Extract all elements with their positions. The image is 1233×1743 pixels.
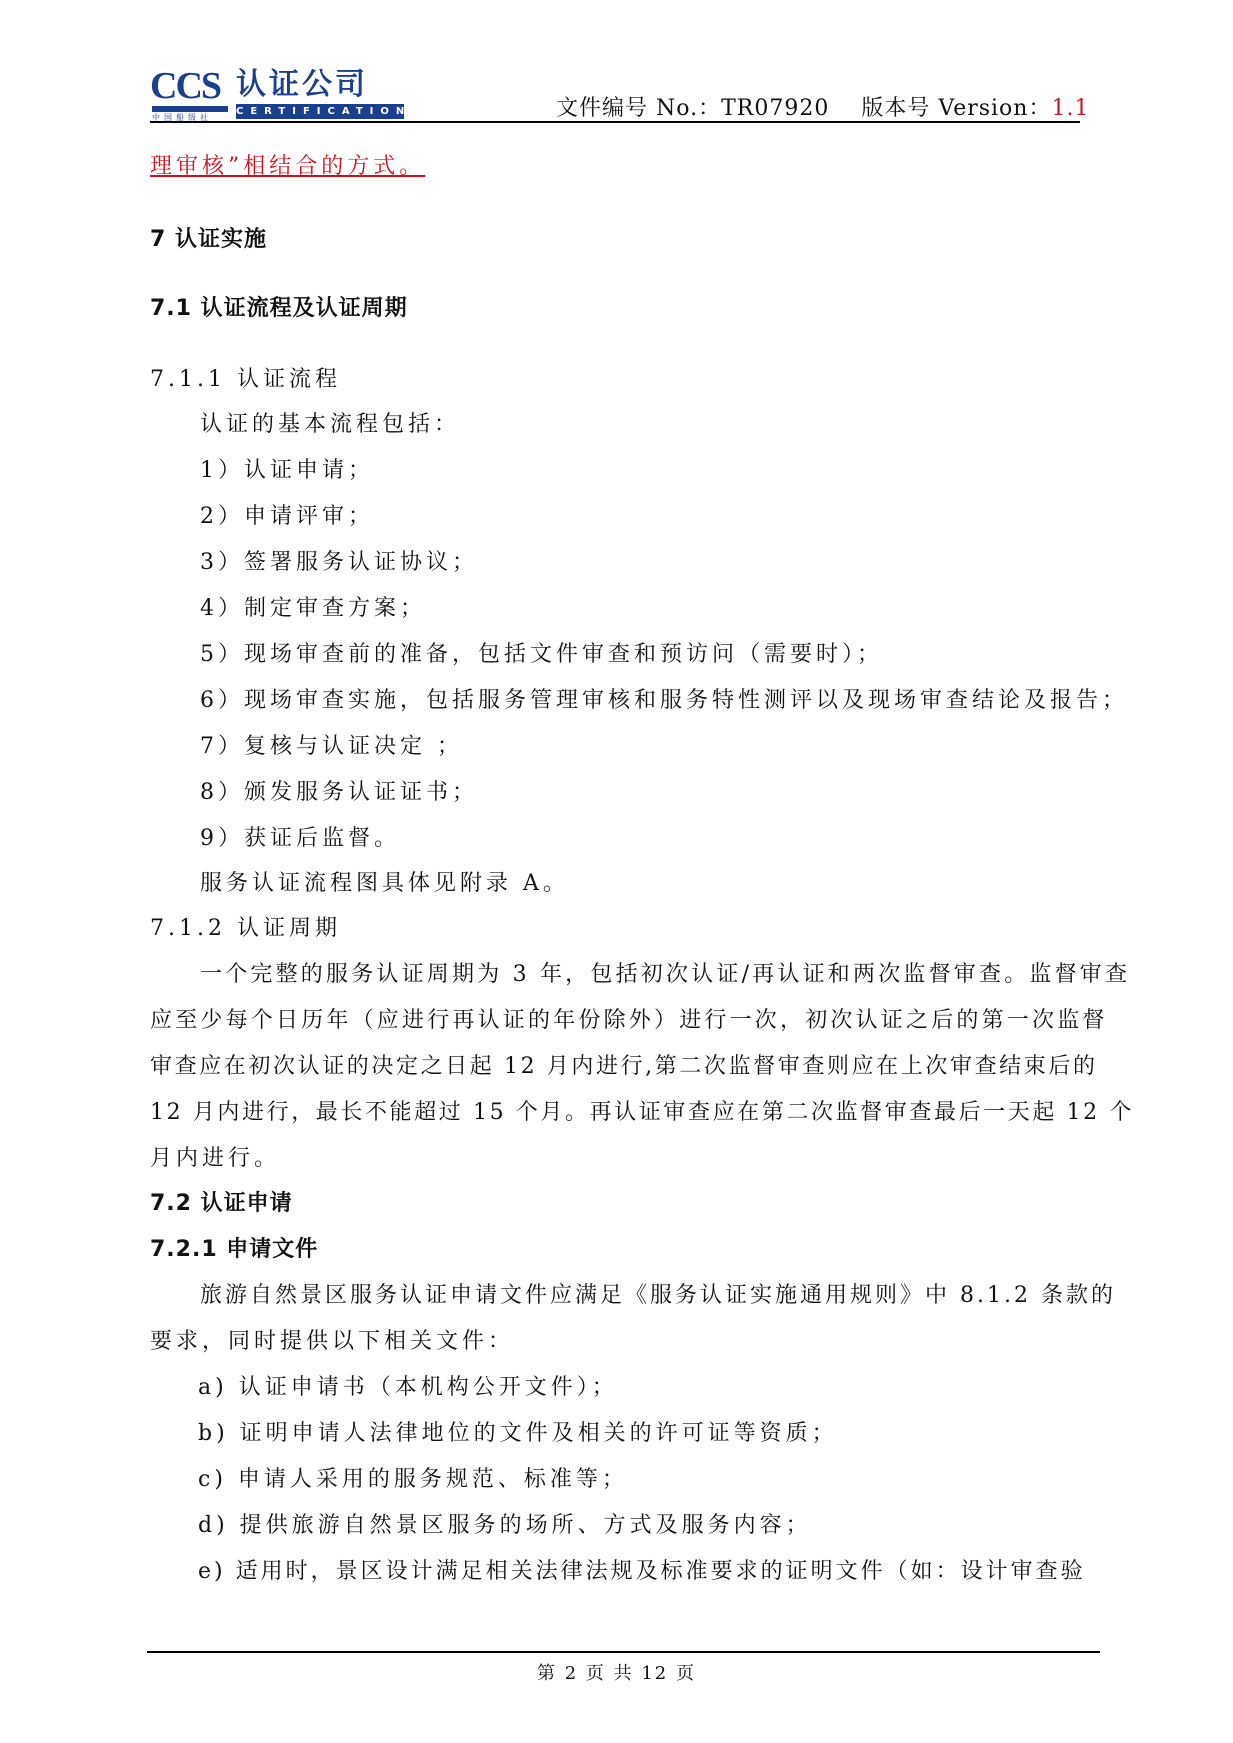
heading-7-1-1: 7.1.1 认证流程 (150, 362, 341, 393)
flow-step: 6）现场审查实施，包括服务管理审核和服务特性测评以及现场审查结论及报告； (200, 683, 1128, 714)
flow-step: 2）申请评审； (200, 499, 374, 530)
flow-step: 7）复核与认证决定 ； (200, 729, 463, 760)
footer-rule (147, 1651, 1100, 1653)
apply-item: c) 申请人采用的服务规范、标准等； (198, 1462, 628, 1493)
flow-step: 1）认证申请； (200, 453, 374, 484)
heading-7-1: 7.1 认证流程及认证周期 (150, 291, 408, 322)
version-value: 1.1 (1051, 96, 1089, 121)
apply-item-mark: b) (198, 1421, 229, 1446)
heading-7-1-2: 7.1.2 认证周期 (150, 911, 341, 942)
cycle-paragraph-line: 月内进行。 (150, 1141, 280, 1172)
apply-item: e) 适用时，景区设计满足相关法律法规及标准要求的证明文件（如：设计审查验 (198, 1554, 1086, 1585)
apply-item-text: 适用时，景区设计满足相关法律法规及标准要求的证明文件（如：设计审查验 (236, 1559, 1086, 1584)
apply-item-text: 申请人采用的服务规范、标准等； (238, 1467, 628, 1492)
cycle-paragraph-line: 应至少每个日历年（应进行再认证的年份除外）进行一次，初次认证之后的第一次监督 (150, 1003, 1108, 1034)
version-label: 版本号 Version： (861, 96, 1051, 121)
apply-item: a) 认证申请书（本机构公开文件）； (198, 1370, 618, 1401)
apply-paragraph-line: 要求，同时提供以下相关文件： (150, 1324, 514, 1355)
logo-mark: CCS (150, 66, 220, 106)
cycle-paragraph-line: 12 月内进行，最长不能超过 15 个月。再认证审查应在第二次监督审查最后一天起… (150, 1095, 1134, 1126)
logo-company-cn: 认证公司 (236, 68, 368, 102)
header-rule (150, 121, 1080, 123)
flow-step: 4）制定审查方案； (200, 591, 426, 622)
heading-7-2-1: 7.2.1 申请文件 (150, 1232, 318, 1263)
page-number: 第 2 页 共 12 页 (0, 1659, 1233, 1685)
apply-paragraph-line: 旅游自然景区服务认证申请文件应满足《服务认证实施通用规则》中 8.1.2 条款的 (200, 1278, 1116, 1309)
flow-intro: 认证的基本流程包括： (200, 407, 460, 438)
revised-text: 理审核”相结合的方式。 (150, 149, 425, 180)
apply-item-mark: c) (198, 1467, 227, 1492)
ccs-logo: CCS 中国船级社 认证公司 CERTIFICATION (150, 66, 405, 122)
doc-no: TR07920 (721, 96, 829, 121)
flow-step: 3）签署服务认证协议； (200, 545, 478, 576)
cycle-paragraph-line: 一个完整的服务认证周期为 3 年，包括初次认证/再认证和两次监督审查。监督审查 (200, 957, 1130, 988)
apply-item-text: 认证申请书（本机构公开文件）； (239, 1375, 618, 1400)
heading-7-2: 7.2 认证申请 (150, 1186, 293, 1217)
flow-step: 8）颁发服务认证证书； (200, 775, 478, 806)
apply-item-text: 证明申请人法律地位的文件及相关的许可证等资质； (240, 1421, 838, 1446)
apply-item-mark: e) (198, 1559, 226, 1584)
cycle-paragraph-line: 审查应在初次认证的决定之日起 12 月内进行,第二次监督审查则应在上次审查结束后… (150, 1049, 1098, 1080)
logo-company-en: CERTIFICATION (236, 104, 404, 119)
flow-step: 5）现场审查前的准备，包括文件审查和预访问（需要时）； (200, 637, 883, 668)
flow-note: 服务认证流程图具体见附录 A。 (200, 866, 569, 897)
apply-item-text: 提供旅游自然景区服务的场所、方式及服务内容； (240, 1513, 812, 1538)
apply-item-mark: d) (198, 1513, 229, 1538)
document-meta: 文件编号 No.：TR07920 版本号 Version：1.1 (556, 91, 1089, 122)
apply-item: d) 提供旅游自然景区服务的场所、方式及服务内容； (198, 1508, 812, 1539)
heading-7: 7 认证实施 (150, 222, 267, 253)
doc-no-label: 文件编号 No.： (556, 96, 721, 121)
flow-step: 9）获证后监督。 (200, 821, 400, 852)
apply-item: b) 证明申请人法律地位的文件及相关的许可证等资质； (198, 1416, 838, 1447)
apply-item-mark: a) (198, 1375, 228, 1400)
